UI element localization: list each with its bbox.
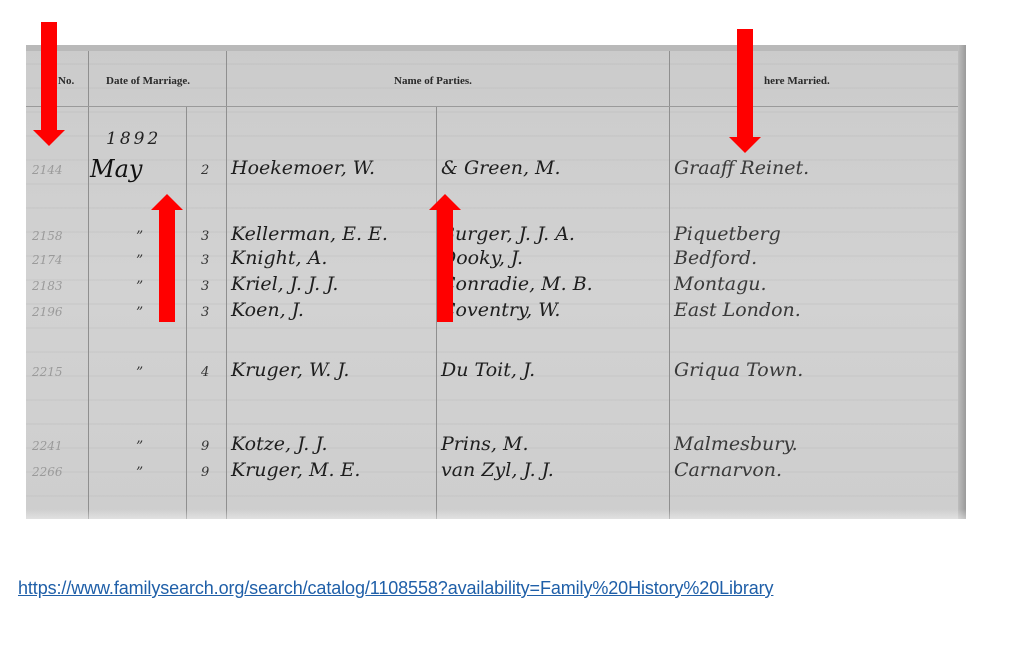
register-row: 2215”4Kruger, W. J.Du Toit, J.Griqua Tow… <box>26 359 966 389</box>
day-of-month: 9 <box>201 465 209 480</box>
place-married: Montagu. <box>674 273 767 295</box>
groom-name: Kriel, J. J. J. <box>231 273 338 295</box>
register-row: 2266”9Kruger, M. E.van Zyl, J. J.Carnarv… <box>26 459 966 489</box>
bride-name: van Zyl, J. J. <box>441 459 554 481</box>
entry-number: 2174 <box>32 253 63 267</box>
bride-name: & Green, M. <box>441 157 561 179</box>
bride-name: Dooky, J. <box>441 247 523 269</box>
bride-name: Du Toit, J. <box>441 359 535 381</box>
groom-name: Koen, J. <box>231 299 304 321</box>
place-married: Carnarvon. <box>674 459 782 481</box>
scan-bottom-fade <box>26 509 966 519</box>
groom-name: Kruger, M. E. <box>231 459 360 481</box>
place-married: Piquetberg <box>674 223 781 245</box>
entry-number: 2266 <box>32 465 63 479</box>
day-of-month: 4 <box>201 365 209 380</box>
day-of-month: 3 <box>201 253 209 268</box>
header-rule <box>26 106 958 107</box>
bride-name: Coventry, W. <box>441 299 560 321</box>
month-ditto-mark: ” <box>136 229 143 245</box>
place-married: East London. <box>674 299 801 321</box>
day-of-month: 9 <box>201 439 209 454</box>
place-married: Graaff Reinet. <box>674 157 809 179</box>
familysearch-catalog-link[interactable]: https://www.familysearch.org/search/cata… <box>18 578 773 599</box>
arrow-down-icon <box>41 22 57 146</box>
month-ditto-mark: ” <box>136 439 143 455</box>
register-row: 21442Hoekemoer, W.& Green, M.Graaff Rein… <box>26 157 966 187</box>
header-name-of-parties: Name of Parties. <box>394 75 472 87</box>
entry-number: 2196 <box>32 305 63 319</box>
place-married: Bedford. <box>674 247 757 269</box>
groom-name: Kellerman, E. E. <box>231 223 388 245</box>
place-married: Griqua Town. <box>674 359 803 381</box>
day-of-month: 3 <box>201 305 209 320</box>
arrow-up-icon <box>437 194 453 322</box>
bride-name: Burger, J. J. A. <box>441 223 575 245</box>
day-of-month: 3 <box>201 229 209 244</box>
month-ditto-mark: ” <box>136 253 143 269</box>
bride-name: Prins, M. <box>441 433 529 455</box>
header-date-of-marriage: Date of Marriage. <box>106 75 190 87</box>
entry-number: 2183 <box>32 279 63 293</box>
day-of-month: 3 <box>201 279 209 294</box>
arrow-up-icon <box>159 194 175 322</box>
month-ditto-mark: ” <box>136 305 143 321</box>
header-where-married: here Married. <box>764 75 830 87</box>
month-ditto-mark: ” <box>136 279 143 295</box>
groom-name: Kruger, W. J. <box>231 359 349 381</box>
groom-name: Hoekemoer, W. <box>231 157 375 179</box>
arrow-down-icon <box>737 29 753 153</box>
entry-number: 2158 <box>32 229 63 243</box>
bride-name: Conradie, M. B. <box>441 273 593 295</box>
groom-name: Kotze, J. J. <box>231 433 328 455</box>
place-married: Malmesbury. <box>674 433 798 455</box>
entry-number: 2215 <box>32 365 63 379</box>
month-ditto-mark: ” <box>136 465 143 481</box>
header-no: No. <box>58 75 74 87</box>
register-year: 1892 <box>106 129 161 149</box>
groom-name: Knight, A. <box>231 247 327 269</box>
entry-number: 2241 <box>32 439 63 453</box>
month-ditto-mark: ” <box>136 365 143 381</box>
entry-number: 2144 <box>32 163 63 177</box>
page-top-edge <box>26 45 966 51</box>
day-of-month: 2 <box>201 163 209 178</box>
